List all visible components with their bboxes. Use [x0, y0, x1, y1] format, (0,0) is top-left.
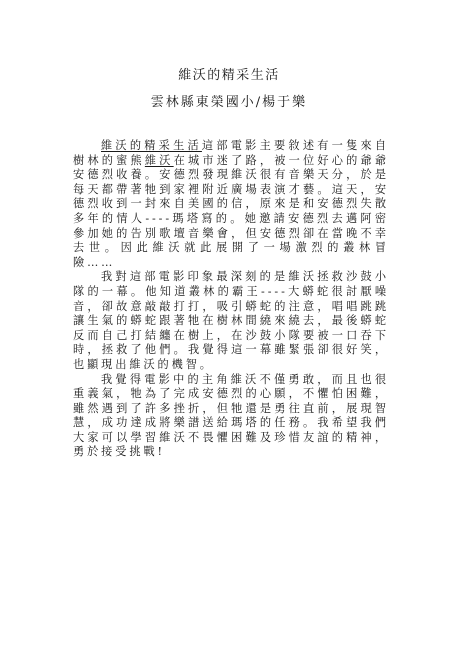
document-page: 維沃的精采生活 雲林縣東榮國小/楊于樂 維沃的精采生活這部電影主要敘述有一隻來自… — [0, 0, 458, 648]
paragraph-1: 維沃的精采生活這部電影主要敘述有一隻來自樹林的蜜熊維沃在城市迷了路，被一位好心的… — [73, 139, 389, 270]
underlined-character-name: 維沃 — [145, 154, 174, 167]
document-body: 維沃的精采生活這部電影主要敘述有一隻來自樹林的蜜熊維沃在城市迷了路，被一位好心的… — [73, 139, 389, 460]
paragraph-3: 我覺得電影中的主角維沃不僅勇敢，而且也很重義氣，牠為了完成安德烈的心願，不懼怕困… — [73, 373, 389, 461]
paragraph-1-text-b: 在城市迷了路，被一位好心的爺爺安德烈收養。安德烈發現維沃很有音樂天分，於是每天都… — [73, 154, 389, 269]
paragraph-2: 我對這部電影印象最深刻的是維沃拯救沙鼓小隊的一幕。他知道叢林的霸王----大蟒蛇… — [73, 270, 389, 372]
document-title: 維沃的精采生活 — [0, 68, 458, 84]
underlined-movie-title: 維沃的精采生活 — [101, 139, 202, 152]
document-author: 雲林縣東榮國小/楊于樂 — [0, 95, 458, 111]
